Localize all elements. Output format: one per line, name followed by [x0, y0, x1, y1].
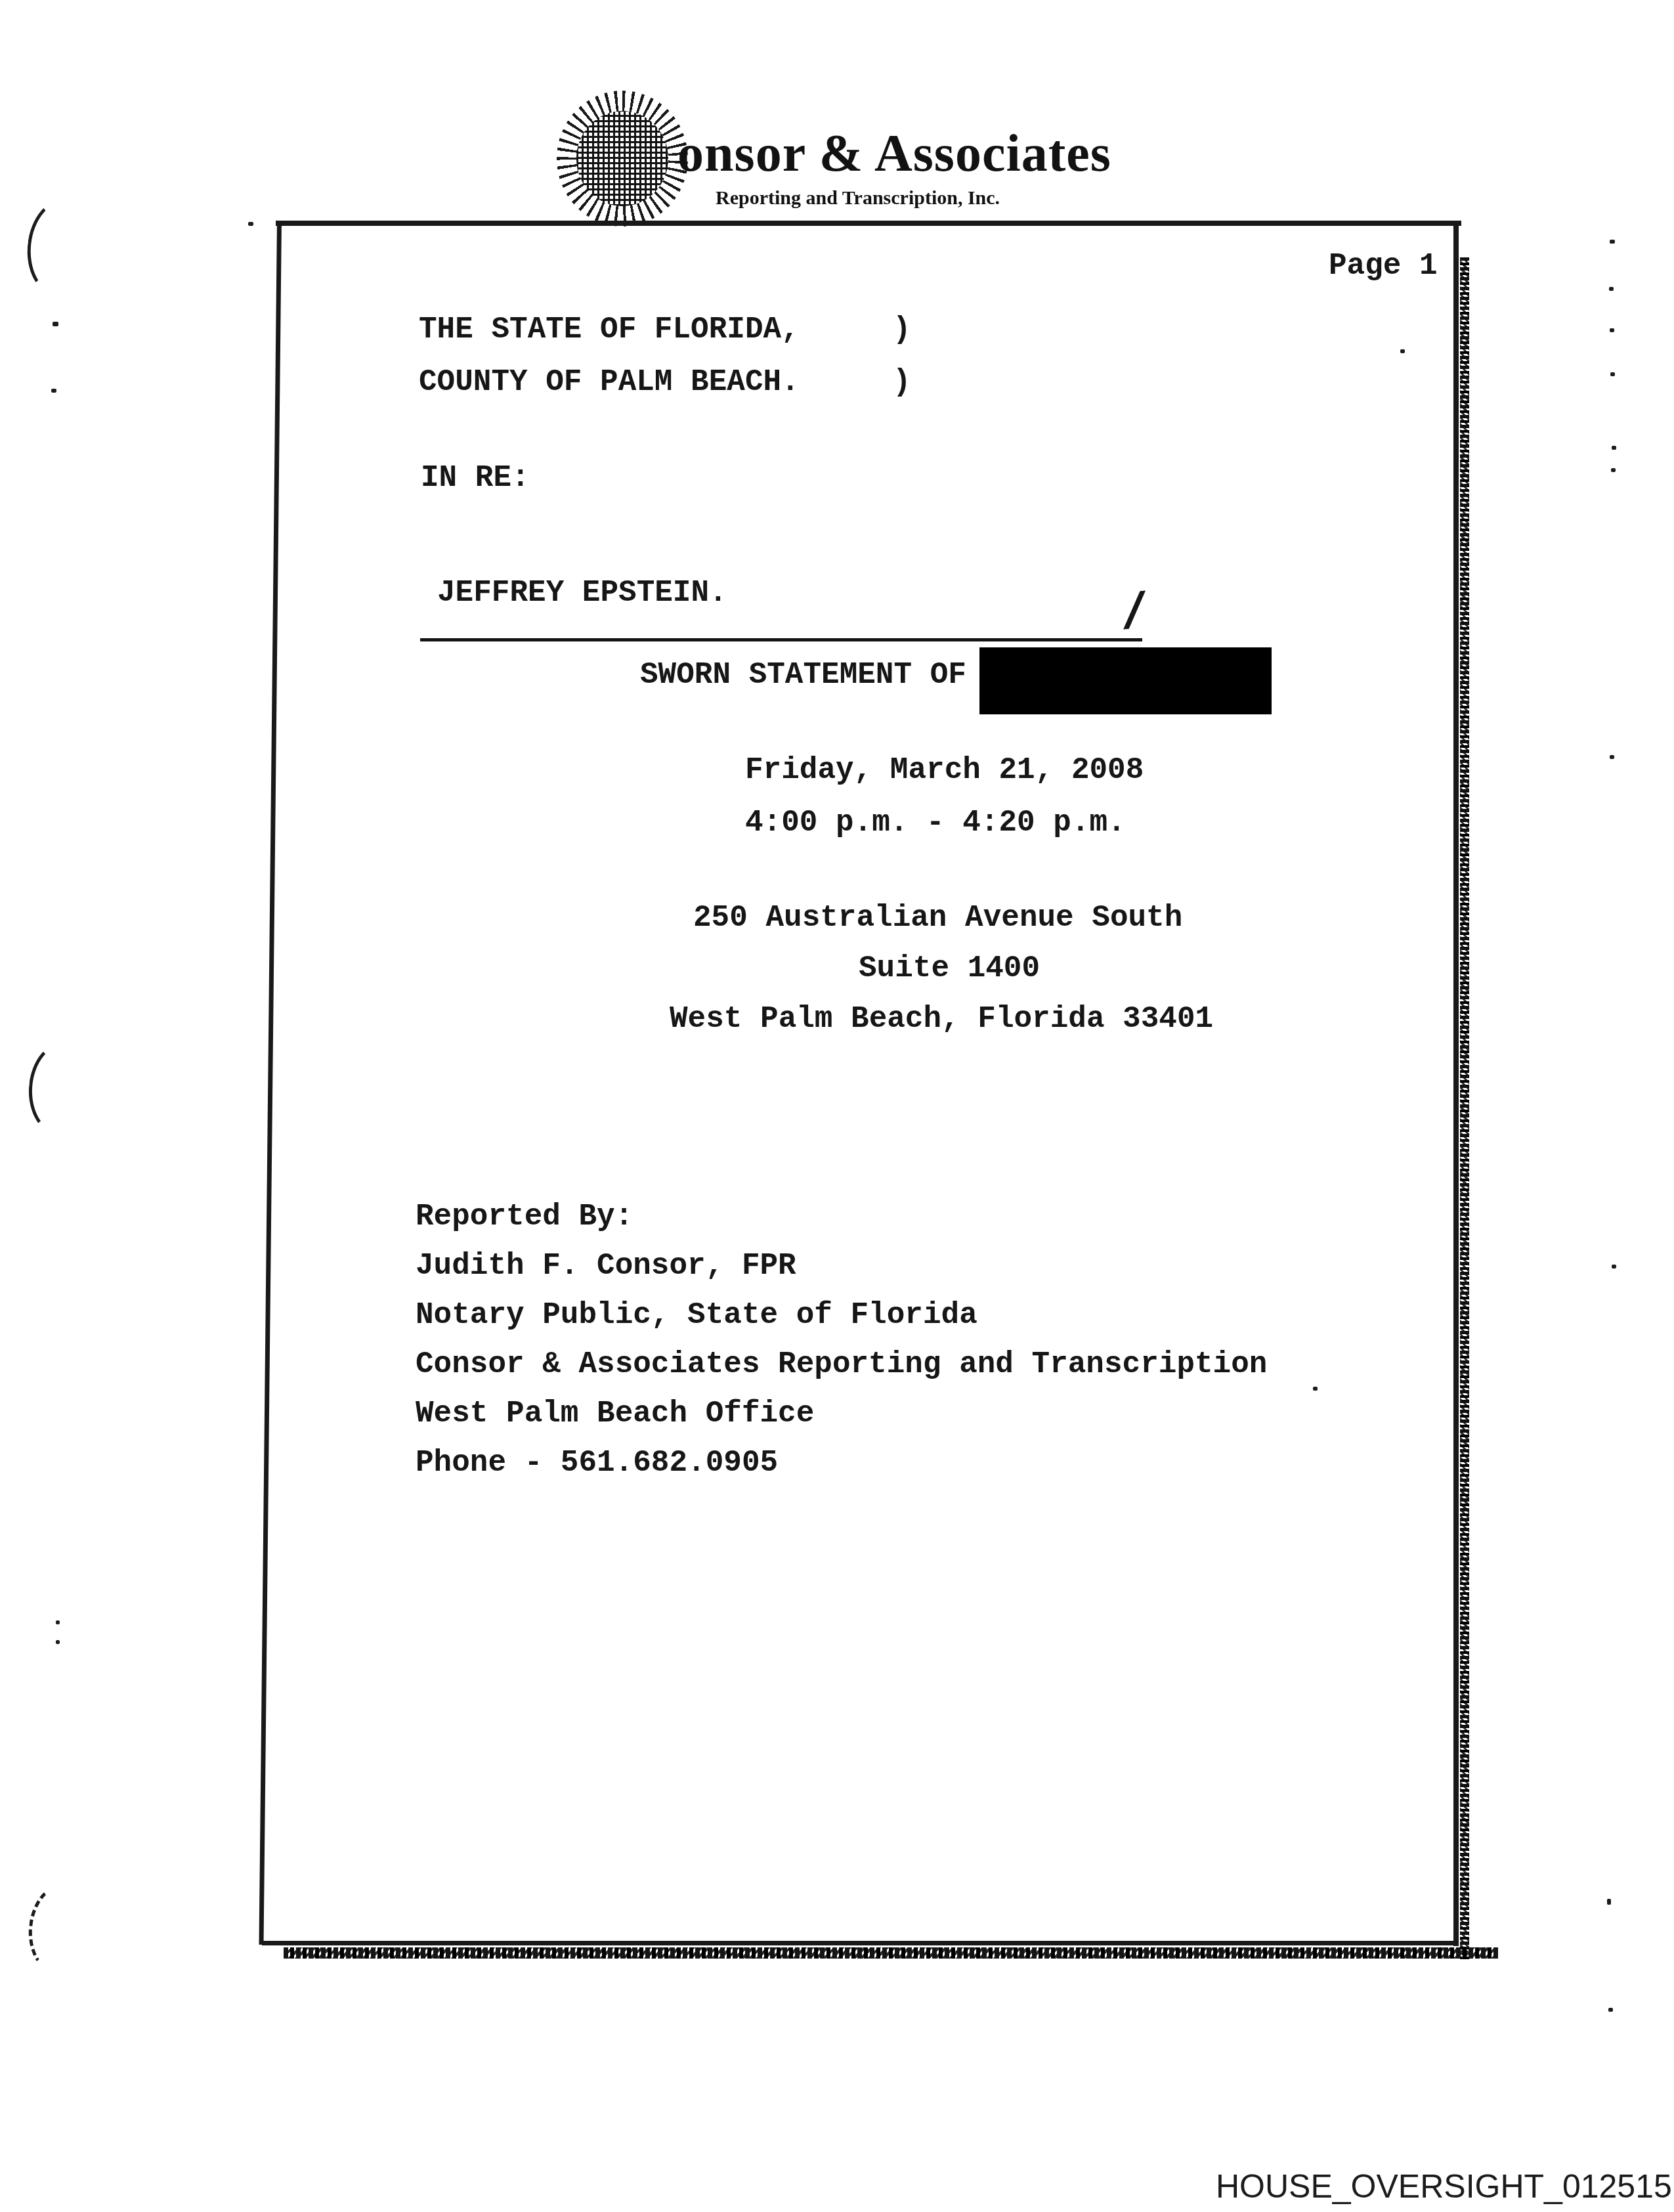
scan-speck — [1608, 2008, 1613, 2012]
letterhead-subtitle: Reporting and Transcription, Inc. — [716, 188, 1000, 208]
scan-speck — [53, 322, 58, 326]
scan-speck — [1610, 755, 1614, 759]
page-border-bottom — [262, 1941, 1459, 1945]
binding-mark-crescent — [26, 1039, 101, 1139]
caption-county-line: COUNTY OF PALM BEACH. — [419, 367, 800, 397]
caption-state-line: THE STATE OF FLORIDA, — [419, 314, 800, 345]
caption-slash: / — [1118, 588, 1152, 641]
caption-rule — [420, 638, 1142, 641]
address-line-3: West Palm Beach, Florida 33401 — [670, 1004, 1213, 1034]
redaction-box — [979, 647, 1272, 714]
scan-speck — [1610, 328, 1614, 332]
scan-speck — [51, 389, 56, 393]
scanned-document-canvas: onsor & Associates Reporting and Transcr… — [0, 0, 1674, 2212]
caption-subject-name: JEFFREY EPSTEIN. — [437, 578, 727, 608]
reporter-office: West Palm Beach Office — [416, 1399, 814, 1429]
scan-speck — [1313, 1387, 1318, 1391]
letterhead-company-name: onsor & Associates — [677, 127, 1111, 180]
sworn-statement-title: SWORN STATEMENT OF — [640, 660, 966, 690]
session-time: 4:00 p.m. - 4:20 p.m. — [745, 808, 1126, 838]
scan-speck — [56, 1620, 60, 1624]
sun-logo-icon — [557, 91, 688, 227]
reporter-phone: Phone - 561.682.0905 — [416, 1448, 778, 1478]
scan-edge-artifact-right — [1460, 257, 1469, 1959]
bates-number: HOUSE_OVERSIGHT_012515 — [1216, 2170, 1672, 2203]
scan-speck — [1607, 1899, 1611, 1905]
scan-speck — [248, 222, 253, 226]
page-number: Page 1 — [1329, 251, 1438, 281]
session-date: Friday, March 21, 2008 — [745, 755, 1144, 785]
page-border-top — [276, 221, 1461, 226]
scan-speck — [1609, 287, 1614, 291]
scan-speck — [1611, 468, 1616, 472]
scan-speck — [1612, 1265, 1616, 1269]
scan-speck — [1400, 349, 1405, 353]
scan-speck — [1612, 446, 1616, 450]
scan-speck — [1610, 240, 1615, 244]
reporter-name: Judith F. Consor, FPR — [416, 1251, 796, 1281]
caption-in-re: IN RE: — [421, 463, 530, 493]
caption-paren: ) — [893, 314, 911, 345]
scan-edge-artifact-bottom — [284, 1947, 1498, 1959]
address-line-1: 250 Australian Avenue South — [693, 903, 1182, 933]
page-border-left — [259, 221, 282, 1945]
sun-core-icon — [576, 111, 668, 206]
scan-speck — [56, 1640, 60, 1644]
address-line-2: Suite 1400 — [859, 953, 1040, 984]
binding-mark-crescent — [24, 1880, 99, 1978]
reported-by-heading: Reported By: — [416, 1202, 633, 1232]
reporter-title: Notary Public, State of Florida — [416, 1300, 977, 1330]
reporter-company: Consor & Associates Reporting and Transc… — [416, 1349, 1267, 1379]
binding-mark-crescent — [22, 195, 101, 300]
caption-paren: ) — [893, 367, 911, 397]
scan-speck — [1610, 372, 1615, 376]
page-border-right — [1453, 221, 1459, 1946]
